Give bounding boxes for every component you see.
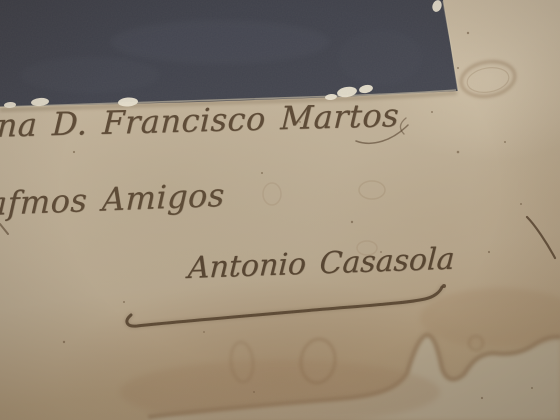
- handwriting-line-2: afmos Amigos: [0, 179, 225, 220]
- photo-of-handwritten-document: ina D. Francisco Martos afmos Amigos Ant…: [0, 0, 560, 420]
- handwriting-line-1: ina D. Francisco Martos: [0, 99, 400, 142]
